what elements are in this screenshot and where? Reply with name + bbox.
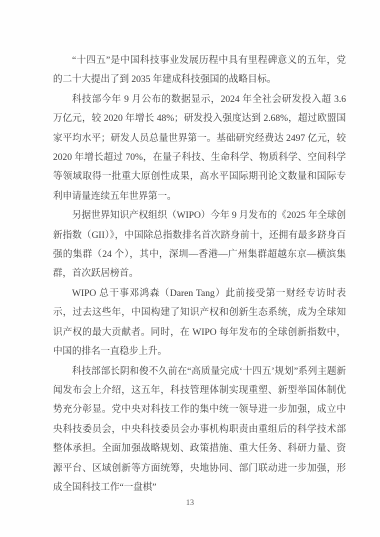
page-number: 13 — [0, 498, 380, 507]
document-page: “十四五”是中国科技事业发展历程中具有里程碑意义的五年，党的二十大提出了到 20… — [0, 0, 380, 537]
paragraph-rd-statistics: 科技部今年 9 月公布的数据显示，2024 年全社会研发投入超 3.6 万亿元，… — [53, 91, 346, 207]
paragraph-most-reform: 科技部部长阴和俊不久前在“高质量完成‘十四五’规划”系列主题新闻发布会上介绍，这… — [53, 363, 346, 499]
paragraph-intro: “十四五”是中国科技事业发展历程中具有里程碑意义的五年，党的二十大提出了到 20… — [53, 52, 346, 91]
paragraph-daren-tang: WIPO 总干事邓鸿森（Daren Tang）此前接受第一财经专访时表示，过去这… — [53, 285, 346, 363]
paragraph-wipo-gii: 另据世界知识产权组织（WIPO）今年 9 月发布的《2025 年全球创新指数（G… — [53, 207, 346, 285]
body-text: “十四五”是中国科技事业发展历程中具有里程碑意义的五年，党的二十大提出了到 20… — [53, 52, 346, 498]
